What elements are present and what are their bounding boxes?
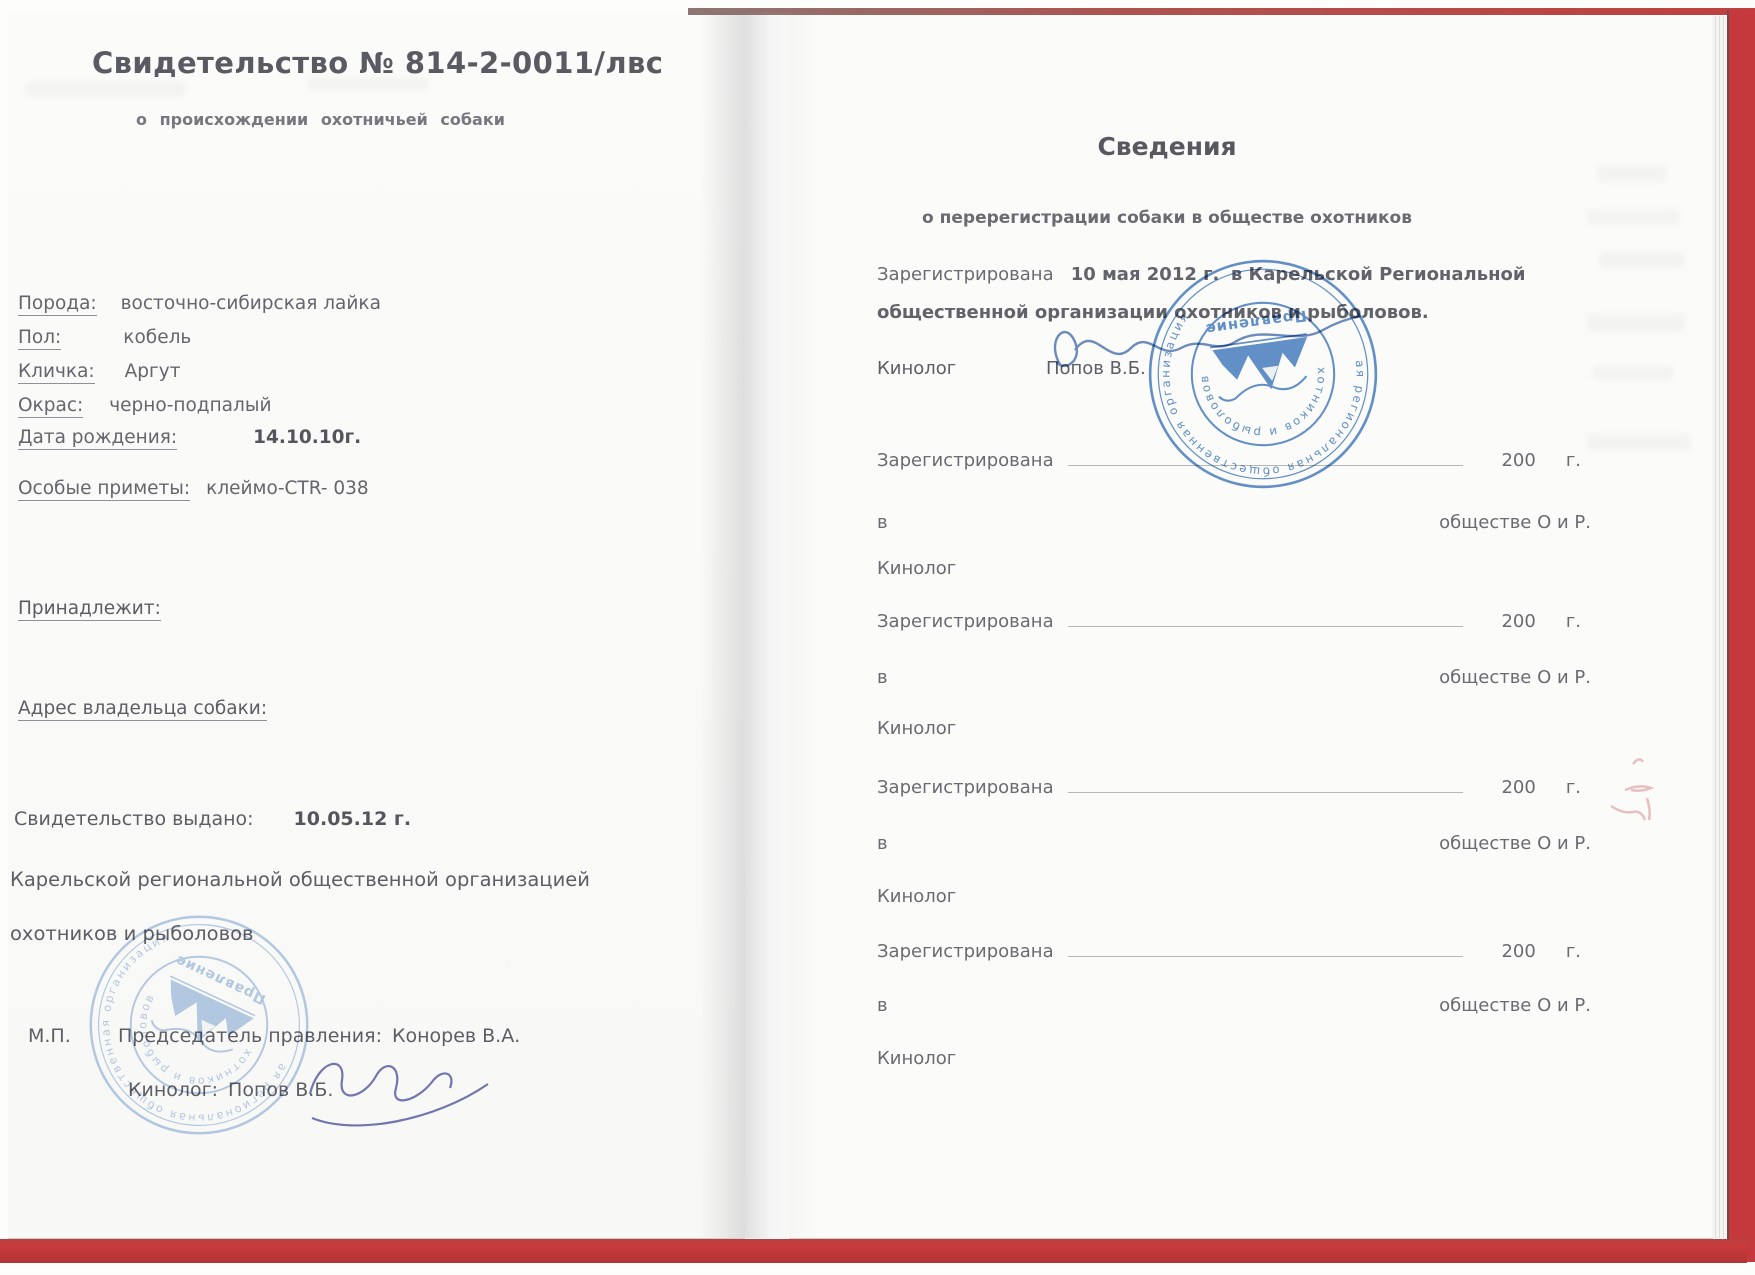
book-cover-top-edge [688,8,1755,15]
page-stack-edge [1712,16,1727,1238]
society-row: вобществе О и Р. [877,667,1591,688]
issued-date: 10.05.12 г. [294,808,412,830]
scanned-booklet-spread: Свидетельство № 814-2-0011/лвс о происхо… [0,0,1755,1275]
certificate-title: Свидетельство № 814-2-0011/лвс [92,46,663,80]
cynologist-blank-row: Кинолог [877,718,956,739]
owner-address-label: Адрес владельца собаки: [18,698,267,719]
registration-page: Сведения о перерегистрации собаки в обще… [789,14,1713,1240]
issued-row: Свидетельство выдано:10.05.12 г. [14,808,411,830]
bleed-through-mark [1597,166,1667,182]
blank-registration-row: Зарегистрирована200г. [877,941,1591,962]
handwritten-signature [296,1042,496,1142]
book-cover-bottom-edge [0,1239,1747,1263]
registered-label: Зарегистрирована [877,264,1054,285]
certificate-page: Свидетельство № 814-2-0011/лвс о происхо… [8,12,745,1240]
field-birthdate-label: Дата рождения: [18,427,177,450]
issued-label: Свидетельство выдано: [14,808,254,830]
field-sex-value: кобель [123,327,191,348]
seal-placeholder-label: М.П. [28,1025,71,1047]
handwritten-signature [1035,306,1365,390]
fill-in-line [1068,612,1464,627]
bleed-through-mark [26,82,186,96]
field-sex: Пол:кобель [18,327,191,348]
field-breed-label: Порода: [18,293,97,316]
field-name-value: Аргут [125,361,181,382]
certificate-subtitle: о происхождении охотничьей собаки [136,110,505,129]
blank-registration-row: Зарегистрирована200г. [877,611,1591,632]
field-marks-value: клеймо-CTR- 038 [206,478,369,499]
svedeniya-title: Сведения [877,132,1457,161]
field-marks-label: Особые приметы: [18,478,190,501]
field-sex-label: Пол: [18,327,61,350]
field-color-value: черно-подпалый [109,395,271,416]
society-row: вобществе О и Р. [877,512,1591,533]
cynologist-label: Кинолог [877,358,956,379]
bleed-through-mark [1587,210,1679,224]
field-breed-value: восточно-сибирская лайка [121,293,381,314]
fill-in-line [1068,778,1464,793]
svedeniya-subtitle: о перерегистрации собаки в обществе охот… [877,208,1457,228]
belongs-label: Принадлежит: [18,598,161,619]
book-cover-right-edge [1727,10,1755,1262]
cynologist-blank-row: Кинолог [877,1048,956,1069]
blank-registration-row: Зарегистрирована200г. [877,777,1591,798]
field-color: Окрас:черно-подпалый [18,395,271,416]
bleed-through-mark [1587,434,1691,450]
cynologist-blank-row: Кинолог [877,886,956,907]
field-breed: Порода:восточно-сибирская лайка [18,293,381,314]
society-row: вобществе О и Р. [877,995,1591,1016]
society-row: вобществе О и Р. [877,833,1591,854]
pink-smudge-mark [1595,742,1695,842]
fill-in-line [1068,942,1464,957]
field-birthdate-value: 14.10.10г. [253,427,361,448]
cynologist-blank-row: Кинолог [877,558,956,579]
field-name: Кличка:Аргут [18,361,181,382]
field-marks: Особые приметы:клеймо-CTR- 038 [18,478,369,499]
field-birthdate: Дата рождения:14.10.10г. [18,427,361,448]
bleed-through-mark [1587,314,1685,332]
bleed-through-mark [1593,366,1673,380]
issuer-line1: Карельской региональной общественной орг… [10,868,590,891]
field-color-label: Окрас: [18,395,83,418]
round-stamp-icon: Карельская региональная общественная орг… [82,908,316,1142]
field-name-label: Кличка: [18,361,95,384]
bleed-through-mark [1599,252,1685,268]
